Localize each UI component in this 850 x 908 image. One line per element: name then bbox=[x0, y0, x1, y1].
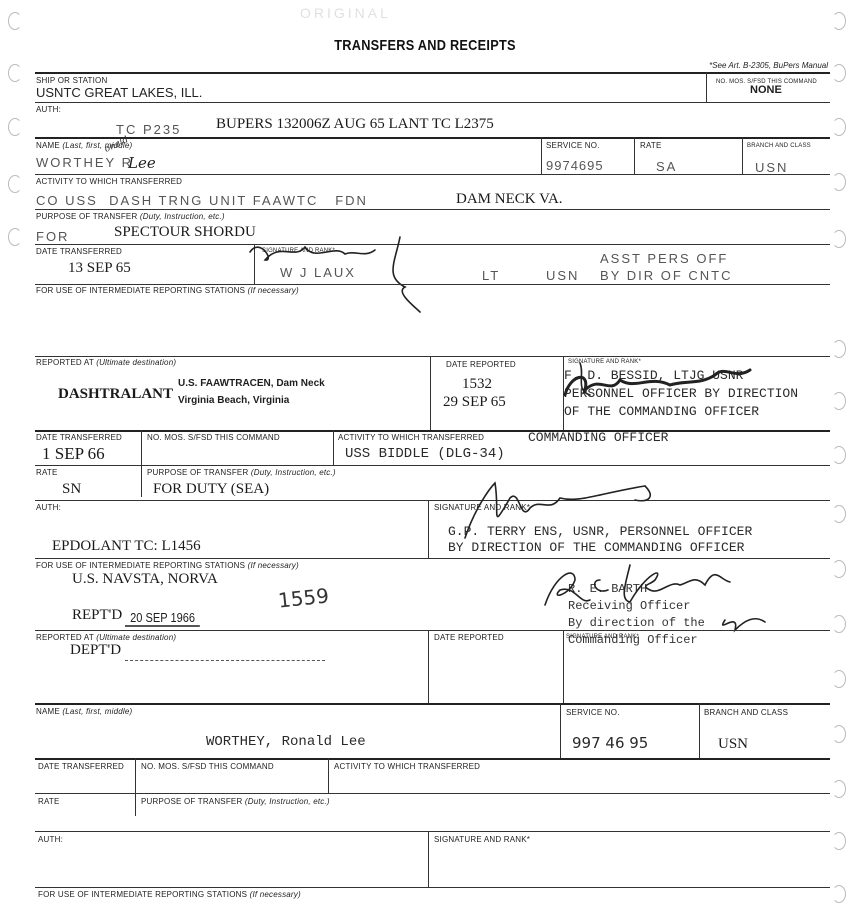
branch-label: BRANCH AND CLASS bbox=[704, 708, 788, 717]
divider bbox=[699, 703, 700, 758]
punch-hole-icon bbox=[832, 885, 846, 903]
divider bbox=[634, 137, 635, 175]
signature-barth bbox=[530, 560, 790, 640]
ship-station-value[interactable]: USNTC GREAT LAKES, ILL. bbox=[36, 85, 202, 100]
date-transferred-label: DATE TRANSFERRED bbox=[36, 247, 122, 256]
branch-value[interactable]: USN bbox=[718, 736, 748, 753]
signature-line-3[interactable]: OF THE COMMANDING OFFICER bbox=[564, 404, 759, 419]
reptd-label: REPT'D bbox=[72, 607, 122, 624]
intermediate-label: FOR USE OF INTERMEDIATE REPORTING STATIO… bbox=[36, 286, 299, 295]
no-mos-label: NO. MOS. S/FSD THIS COMMAND bbox=[141, 762, 274, 771]
intermediate-label: FOR USE OF INTERMEDIATE REPORTING STATIO… bbox=[38, 890, 301, 899]
signature-label: SIGNATURE AND RANK* bbox=[566, 634, 639, 640]
activity-value-b[interactable]: DAM NECK VA. bbox=[456, 191, 563, 208]
intermediate-label: FOR USE OF INTERMEDIATE REPORTING STATIO… bbox=[36, 561, 299, 570]
activity-value-top[interactable]: COMMANDING OFFICER bbox=[528, 430, 668, 445]
name-label: NAME (Last, first, middle) bbox=[36, 707, 132, 716]
divider bbox=[35, 284, 830, 285]
ship-station-label: SHIP OR STATION bbox=[36, 76, 107, 85]
date-reported-label: DATE REPORTED bbox=[434, 633, 504, 642]
reported-at-value[interactable]: DASHTRALANT bbox=[58, 386, 173, 403]
reported-underline bbox=[125, 659, 325, 661]
purpose-value-a[interactable]: FOR bbox=[36, 229, 69, 244]
divider bbox=[35, 72, 830, 74]
date-reported-label: DATE REPORTED bbox=[446, 360, 516, 369]
date-transferred-label: DATE TRANSFERRED bbox=[38, 762, 124, 771]
service-no-value[interactable]: 9974695 bbox=[546, 158, 604, 173]
punch-hole-icon bbox=[832, 670, 846, 688]
signature-title-1[interactable]: ASST PERS OFF bbox=[600, 251, 728, 266]
punch-hole-icon bbox=[832, 505, 846, 523]
divider bbox=[35, 137, 830, 139]
divider bbox=[428, 831, 429, 887]
punch-hole-icon bbox=[832, 615, 846, 633]
no-mos-value[interactable]: NONE bbox=[750, 84, 782, 96]
punch-hole-icon bbox=[832, 780, 846, 798]
divider bbox=[706, 72, 707, 102]
auth-label: AUTH: bbox=[38, 835, 63, 844]
name-value[interactable]: WORTHEY R bbox=[36, 155, 133, 170]
auth-label: AUTH: bbox=[36, 105, 61, 114]
divider bbox=[35, 703, 830, 705]
punch-hole-icon bbox=[832, 446, 846, 464]
date-transferred-value[interactable]: 1 SEP 66 bbox=[42, 444, 105, 464]
purpose-value[interactable]: FOR DUTY (SEA) bbox=[153, 481, 269, 498]
signature-title-2[interactable]: BY DIR OF CNTC bbox=[600, 268, 733, 283]
activity-value[interactable]: USS BIDDLE (DLG-34) bbox=[345, 446, 505, 462]
signature-bessid bbox=[560, 355, 760, 405]
divider bbox=[35, 831, 830, 832]
rate-value[interactable]: SN bbox=[62, 481, 81, 498]
signature-label: SIGNATURE AND RANK* bbox=[434, 835, 530, 844]
punch-hole-icon bbox=[832, 12, 846, 30]
reported-stamp-2: Virginia Beach, Virginia bbox=[178, 395, 289, 406]
purpose-label: PURPOSE OF TRANSFER (Duty, Instruction, … bbox=[141, 797, 330, 806]
purpose-label: PURPOSE OF TRANSFER (Duty, Instruction, … bbox=[147, 468, 336, 477]
signature-terry bbox=[450, 478, 670, 548]
faded-stamp: ORIGINAL bbox=[300, 5, 450, 31]
divider bbox=[328, 758, 329, 793]
rate-label: RATE bbox=[38, 797, 60, 806]
no-mos-label: NO. MOS. S/FSD THIS COMMAND bbox=[147, 433, 280, 442]
rate-value[interactable]: SA bbox=[656, 159, 677, 174]
handwritten-name: Lee bbox=[128, 154, 156, 172]
punch-hole-icon bbox=[8, 118, 22, 136]
auth-value-b[interactable]: BUPERS 132006Z AUG 65 LANT TC L2375 bbox=[216, 116, 494, 133]
punch-hole-icon bbox=[8, 64, 22, 82]
punch-hole-icon bbox=[832, 392, 846, 410]
divider bbox=[560, 703, 561, 758]
punch-hole-icon bbox=[832, 173, 846, 191]
date-transferred-label: DATE TRANSFERRED bbox=[36, 433, 122, 442]
divider bbox=[428, 630, 429, 704]
punch-hole-icon bbox=[8, 228, 22, 246]
date-transferred-value[interactable]: 13 SEP 65 bbox=[68, 260, 131, 277]
date-reported-date[interactable]: 29 SEP 65 bbox=[443, 394, 506, 411]
name-value[interactable]: WORTHEY, Ronald Lee bbox=[206, 734, 366, 750]
signature-rank[interactable]: LT bbox=[482, 268, 500, 283]
divider bbox=[35, 102, 830, 103]
auth-label: AUTH: bbox=[36, 503, 61, 512]
divider bbox=[35, 793, 830, 794]
activity-value-a[interactable]: CO USS DASH TRNG UNIT FAAWTC FDN bbox=[36, 193, 368, 208]
punch-hole-icon bbox=[832, 725, 846, 743]
divider bbox=[135, 758, 136, 816]
divider bbox=[35, 244, 830, 245]
divider bbox=[141, 430, 142, 497]
punch-hole-icon bbox=[832, 118, 846, 136]
reported-at-label: REPORTED AT (Ultimate destination) bbox=[36, 633, 176, 642]
reptd-date[interactable]: 20 SEP 1966 bbox=[125, 610, 200, 627]
branch-label: BRANCH AND CLASS bbox=[747, 143, 811, 149]
activity-label: ACTIVITY TO WHICH TRANSFERRED bbox=[36, 177, 182, 186]
service-no-value[interactable]: 997 46 95 bbox=[572, 734, 648, 752]
rate-label: RATE bbox=[640, 141, 662, 150]
purpose-value-b[interactable]: SPECTOUR SHORDU bbox=[114, 224, 256, 241]
divider bbox=[35, 887, 830, 888]
divider bbox=[563, 630, 564, 704]
divider bbox=[35, 465, 830, 466]
divider bbox=[35, 500, 830, 501]
divider bbox=[430, 356, 431, 431]
footnote: *See Art. B-2305, BuPers Manual bbox=[709, 61, 828, 70]
activity-label: ACTIVITY TO WHICH TRANSFERRED bbox=[338, 433, 484, 442]
reported-at-label: REPORTED AT (Ultimate destination) bbox=[36, 358, 176, 367]
signature-branch[interactable]: USN bbox=[546, 268, 579, 283]
purpose-label: PURPOSE OF TRANSFER (Duty, Instruction, … bbox=[36, 212, 225, 221]
punch-hole-icon bbox=[8, 12, 22, 30]
divider bbox=[333, 430, 334, 465]
intermediate-value[interactable]: U.S. NAVSTA, NORVA bbox=[72, 571, 218, 588]
punch-hole-icon bbox=[8, 175, 22, 193]
divider bbox=[35, 558, 830, 559]
divider bbox=[541, 137, 542, 175]
reported-at-value[interactable]: DEPT'D bbox=[70, 642, 121, 659]
branch-value[interactable]: USN bbox=[755, 160, 788, 175]
activity-label: ACTIVITY TO WHICH TRANSFERRED bbox=[334, 762, 480, 771]
service-no-label: SERVICE NO. bbox=[566, 708, 620, 717]
punch-hole-icon bbox=[832, 230, 846, 248]
divider bbox=[35, 630, 830, 631]
punch-hole-icon bbox=[832, 340, 846, 358]
divider bbox=[35, 174, 830, 175]
divider bbox=[35, 209, 830, 210]
divider bbox=[428, 500, 429, 558]
service-no-label: SERVICE NO. bbox=[546, 141, 600, 150]
punch-hole-icon bbox=[832, 560, 846, 578]
auth-value[interactable]: EPDOLANT TC: L1456 bbox=[52, 538, 201, 555]
divider bbox=[742, 137, 743, 175]
rate-label: RATE bbox=[36, 468, 58, 477]
punch-hole-icon bbox=[832, 64, 846, 82]
date-reported-time[interactable]: 1532 bbox=[462, 376, 492, 393]
signature-laux bbox=[245, 232, 425, 312]
divider bbox=[35, 430, 830, 432]
punch-hole-icon bbox=[832, 832, 846, 850]
divider bbox=[35, 758, 830, 760]
reptd-time: 1559 bbox=[277, 583, 330, 612]
reported-stamp-1: U.S. FAAWTRACEN, Dam Neck bbox=[178, 378, 325, 389]
form-title: TRANSFERS AND RECEIPTS bbox=[64, 37, 787, 54]
